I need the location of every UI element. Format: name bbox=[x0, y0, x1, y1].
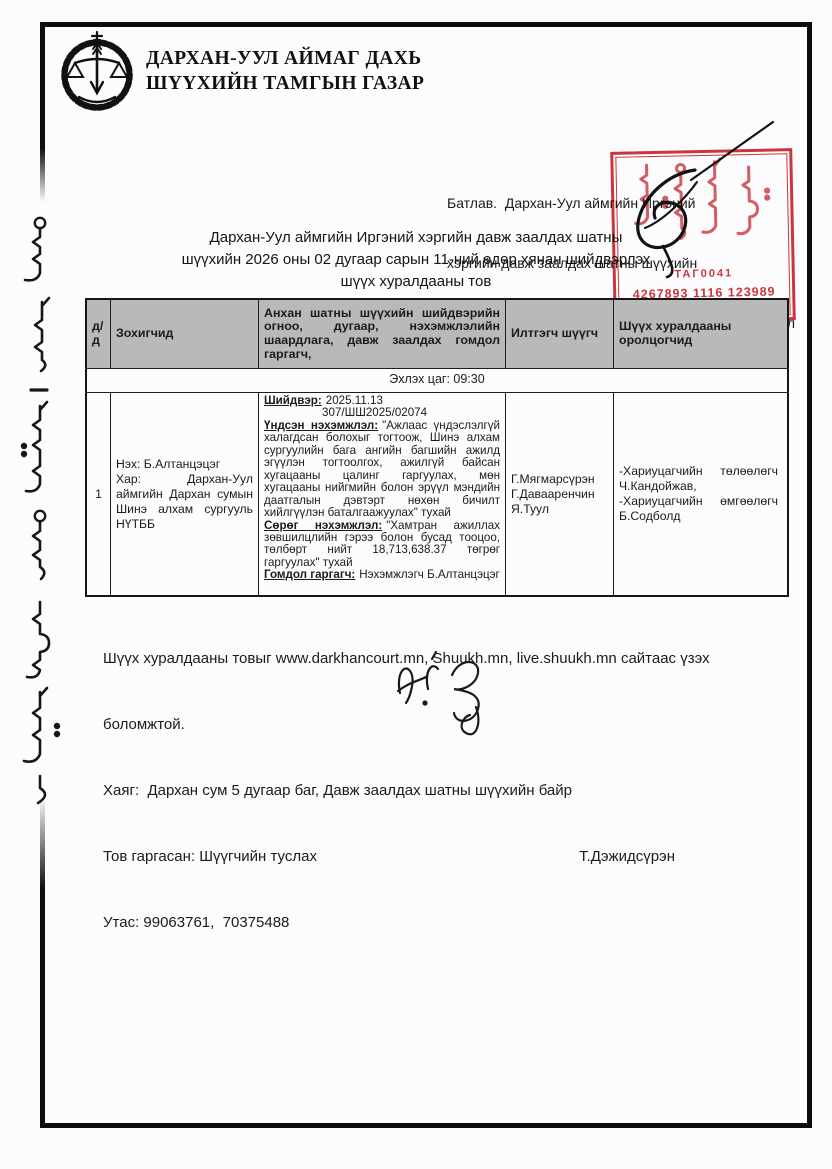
assistant-signature bbox=[388, 645, 498, 740]
counter-claim: Сөрөг нэхэмжлэл:"Хамтран ажиллах зөвшилц… bbox=[264, 520, 500, 570]
decision-info-cell: Шийдвэр:2025.11.13 307/ШШ2025/02074 Үндс… bbox=[259, 393, 506, 595]
start-time-row: Эхлэх цаг: 09:30 bbox=[87, 369, 787, 393]
frame-right-border bbox=[807, 22, 812, 1128]
organization-name-line1: ДАРХАН-УУЛ АЙМАГ ДАХЬ bbox=[146, 46, 424, 71]
frame-left-border-top bbox=[40, 22, 45, 202]
hearing-schedule-table: д/ д Зохигчид Анхан шатны шүүхийн шийдвэ… bbox=[85, 298, 789, 597]
document-title-line2: шүүхийн 2026 оны 02 дугаар сарын 11-ний … bbox=[86, 249, 746, 271]
plaintiff-line: Нэх: Б.Алтанцэцэг bbox=[116, 457, 253, 472]
header-cell-participants: Шүүх хуралдааны оролцогчид bbox=[614, 300, 783, 368]
court-emblem-scales-of-justice-icon bbox=[57, 30, 137, 114]
counter-claim-label: Сөрөг нэхэмжлэл: bbox=[264, 519, 382, 532]
header-cell-decision-info: Анхан шатны шүүхийн шийдвэрийн огноо, ду… bbox=[259, 300, 506, 368]
judge-name: Г.Давааренчин bbox=[511, 487, 608, 502]
header-cell-number: д/ д bbox=[87, 300, 111, 368]
frame-bottom-border bbox=[40, 1123, 812, 1128]
participant-line: -Хариуцагчийн өмгөөлөгч Б.Содболд bbox=[619, 494, 778, 524]
judge-name: Я.Туул bbox=[511, 502, 608, 517]
row-number: 1 bbox=[92, 487, 105, 502]
complaint-label: Гомдол гаргагч: bbox=[264, 568, 355, 581]
footer-phone-line: Утас: 99063761, 70375488 bbox=[103, 912, 779, 934]
frame-left-border-bottom bbox=[40, 796, 45, 1128]
complaint-text: Нэхэмжлэгч Б.Алтанцэцэг bbox=[359, 568, 499, 581]
mongolian-vertical-script bbox=[16, 210, 64, 806]
decision-date: 2025.11.13 bbox=[326, 394, 383, 407]
start-time-text: Эхлэх цаг: 09:30 bbox=[87, 369, 787, 392]
document-title-line3: шүүх хуралдааны тов bbox=[86, 271, 746, 293]
header-cell-reporting-judge: Илтгэгч шүүгч bbox=[506, 300, 614, 368]
participant-line: -Хариуцагчийн төлөөлөгч Ч.Кандойжав, bbox=[619, 464, 778, 494]
judges-cell: Г.Мягмарсүрэн Г.Давааренчин Я.Туул bbox=[506, 393, 614, 595]
header-cell-parties: Зохигчид bbox=[111, 300, 259, 368]
table-header-row: д/ д Зохигчид Анхан шатны шүүхийн шийдвэ… bbox=[87, 300, 787, 369]
main-claim-text: "Ажлаас үндэслэлгүй халагдсан болохыг то… bbox=[264, 419, 500, 519]
scanned-court-document: ДАРХАН-УУЛ АЙМАГ ДАХЬ ШҮҮХИЙН ТАМГЫН ГАЗ… bbox=[0, 0, 832, 1169]
defendant-line: Хар: Дархан-Уул аймгийн Дархан сумын Шин… bbox=[116, 472, 253, 532]
frame-top-border bbox=[40, 22, 812, 27]
document-title: Дархан-Уул аймгийн Иргэний хэргийн давж … bbox=[86, 227, 746, 293]
judge-name: Г.Мягмарсүрэн bbox=[511, 472, 608, 487]
row-number-cell: 1 bbox=[87, 393, 111, 595]
footer-address-line: Хаяг: Дархан сум 5 дугаар баг, Давж заал… bbox=[103, 780, 779, 802]
participants-cell: -Хариуцагчийн төлөөлөгч Ч.Кандойжав, -Ха… bbox=[614, 393, 783, 595]
document-title-line1: Дархан-Уул аймгийн Иргэний хэргийн давж … bbox=[86, 227, 746, 249]
complaint: Гомдол гаргагч:Нэхэмжлэгч Б.Алтанцэцэг bbox=[264, 569, 500, 581]
main-claim: Үндсэн нэхэмжлэл:"Ажлаас үндэслэлгүй хал… bbox=[264, 420, 500, 520]
footer-prepared-by-label: Тов гаргасан: Шүүгчийн туслах bbox=[103, 846, 317, 868]
parties-cell: Нэх: Б.Алтанцэцэг Хар: Дархан-Уул аймгий… bbox=[111, 393, 259, 595]
organization-name: ДАРХАН-УУЛ АЙМАГ ДАХЬ ШҮҮХИЙН ТАМГЫН ГАЗ… bbox=[146, 46, 424, 97]
decision-label: Шийдвэр: bbox=[264, 394, 322, 407]
table-row: 1 Нэх: Б.Алтанцэцэг Хар: Дархан-Уул аймг… bbox=[87, 393, 787, 595]
main-claim-label: Үндсэн нэхэмжлэл: bbox=[264, 419, 378, 432]
footer-prepared-by-name: Т.Дэжидсүрэн bbox=[579, 846, 779, 868]
organization-name-line2: ШҮҮХИЙН ТАМГЫН ГАЗАР bbox=[146, 71, 424, 96]
